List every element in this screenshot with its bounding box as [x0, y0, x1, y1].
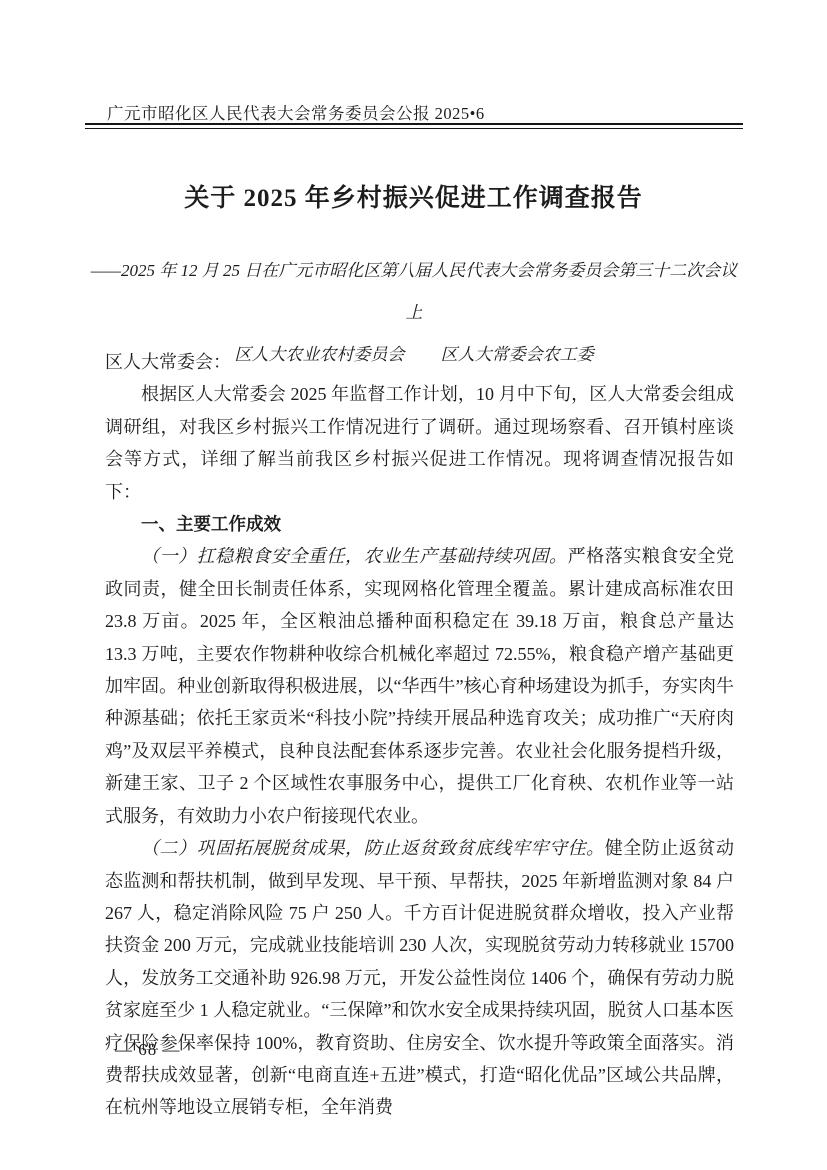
paragraph-2: （二）巩固拓展脱贫成果，防止返贫致贫底线牢牢守住。健全防止返贫动态监测和帮扶机制… — [105, 832, 734, 1124]
paragraph-2-lead: （二）巩固拓展脱贫成果，防止返贫致贫底线牢牢守住。 — [141, 838, 605, 858]
header-double-rule — [85, 123, 743, 129]
document-body: 区人大常委会： 根据区人大常委会 2025 年监督工作计划，10 月中下旬，区人… — [105, 346, 734, 1124]
section-heading-1: 一、主要工作成效 — [105, 508, 734, 540]
page-number: — 68 — — [115, 1040, 181, 1060]
intro-paragraph: 根据区人大常委会 2025 年监督工作计划，10 月中下旬，区人大常委会组成调研… — [105, 378, 734, 508]
salutation: 区人大常委会： — [105, 346, 734, 378]
document-page: 广元市昭化区人民代表大会常务委员会公报 2025•6 关于 2025 年乡村振兴… — [0, 0, 827, 1170]
paragraph-1-text: 严格落实粮食安全党政同责，健全田长制责任体系，实现网格化管理全覆盖。累计建成高标… — [105, 546, 734, 825]
document-title: 关于 2025 年乡村振兴促进工作调查报告 — [0, 178, 827, 214]
paragraph-1: （一）扛稳粮食安全重任，农业生产基础持续巩固。严格落实粮食安全党政同责，健全田长… — [105, 540, 734, 832]
paragraph-2-text: 健全防止返贫动态监测和帮扶机制，做到早发现、早干预、早帮扶，2025 年新增监测… — [105, 838, 734, 1117]
masthead: 广元市昭化区人民代表大会常务委员会公报 2025•6 — [107, 100, 485, 124]
byline-meeting-line: ——2025 年 12 月 25 日在广元市昭化区第八届人民代表大会常务委员会第… — [85, 250, 743, 334]
paragraph-1-lead: （一）扛稳粮食安全重任，农业生产基础持续巩固。 — [141, 546, 568, 566]
